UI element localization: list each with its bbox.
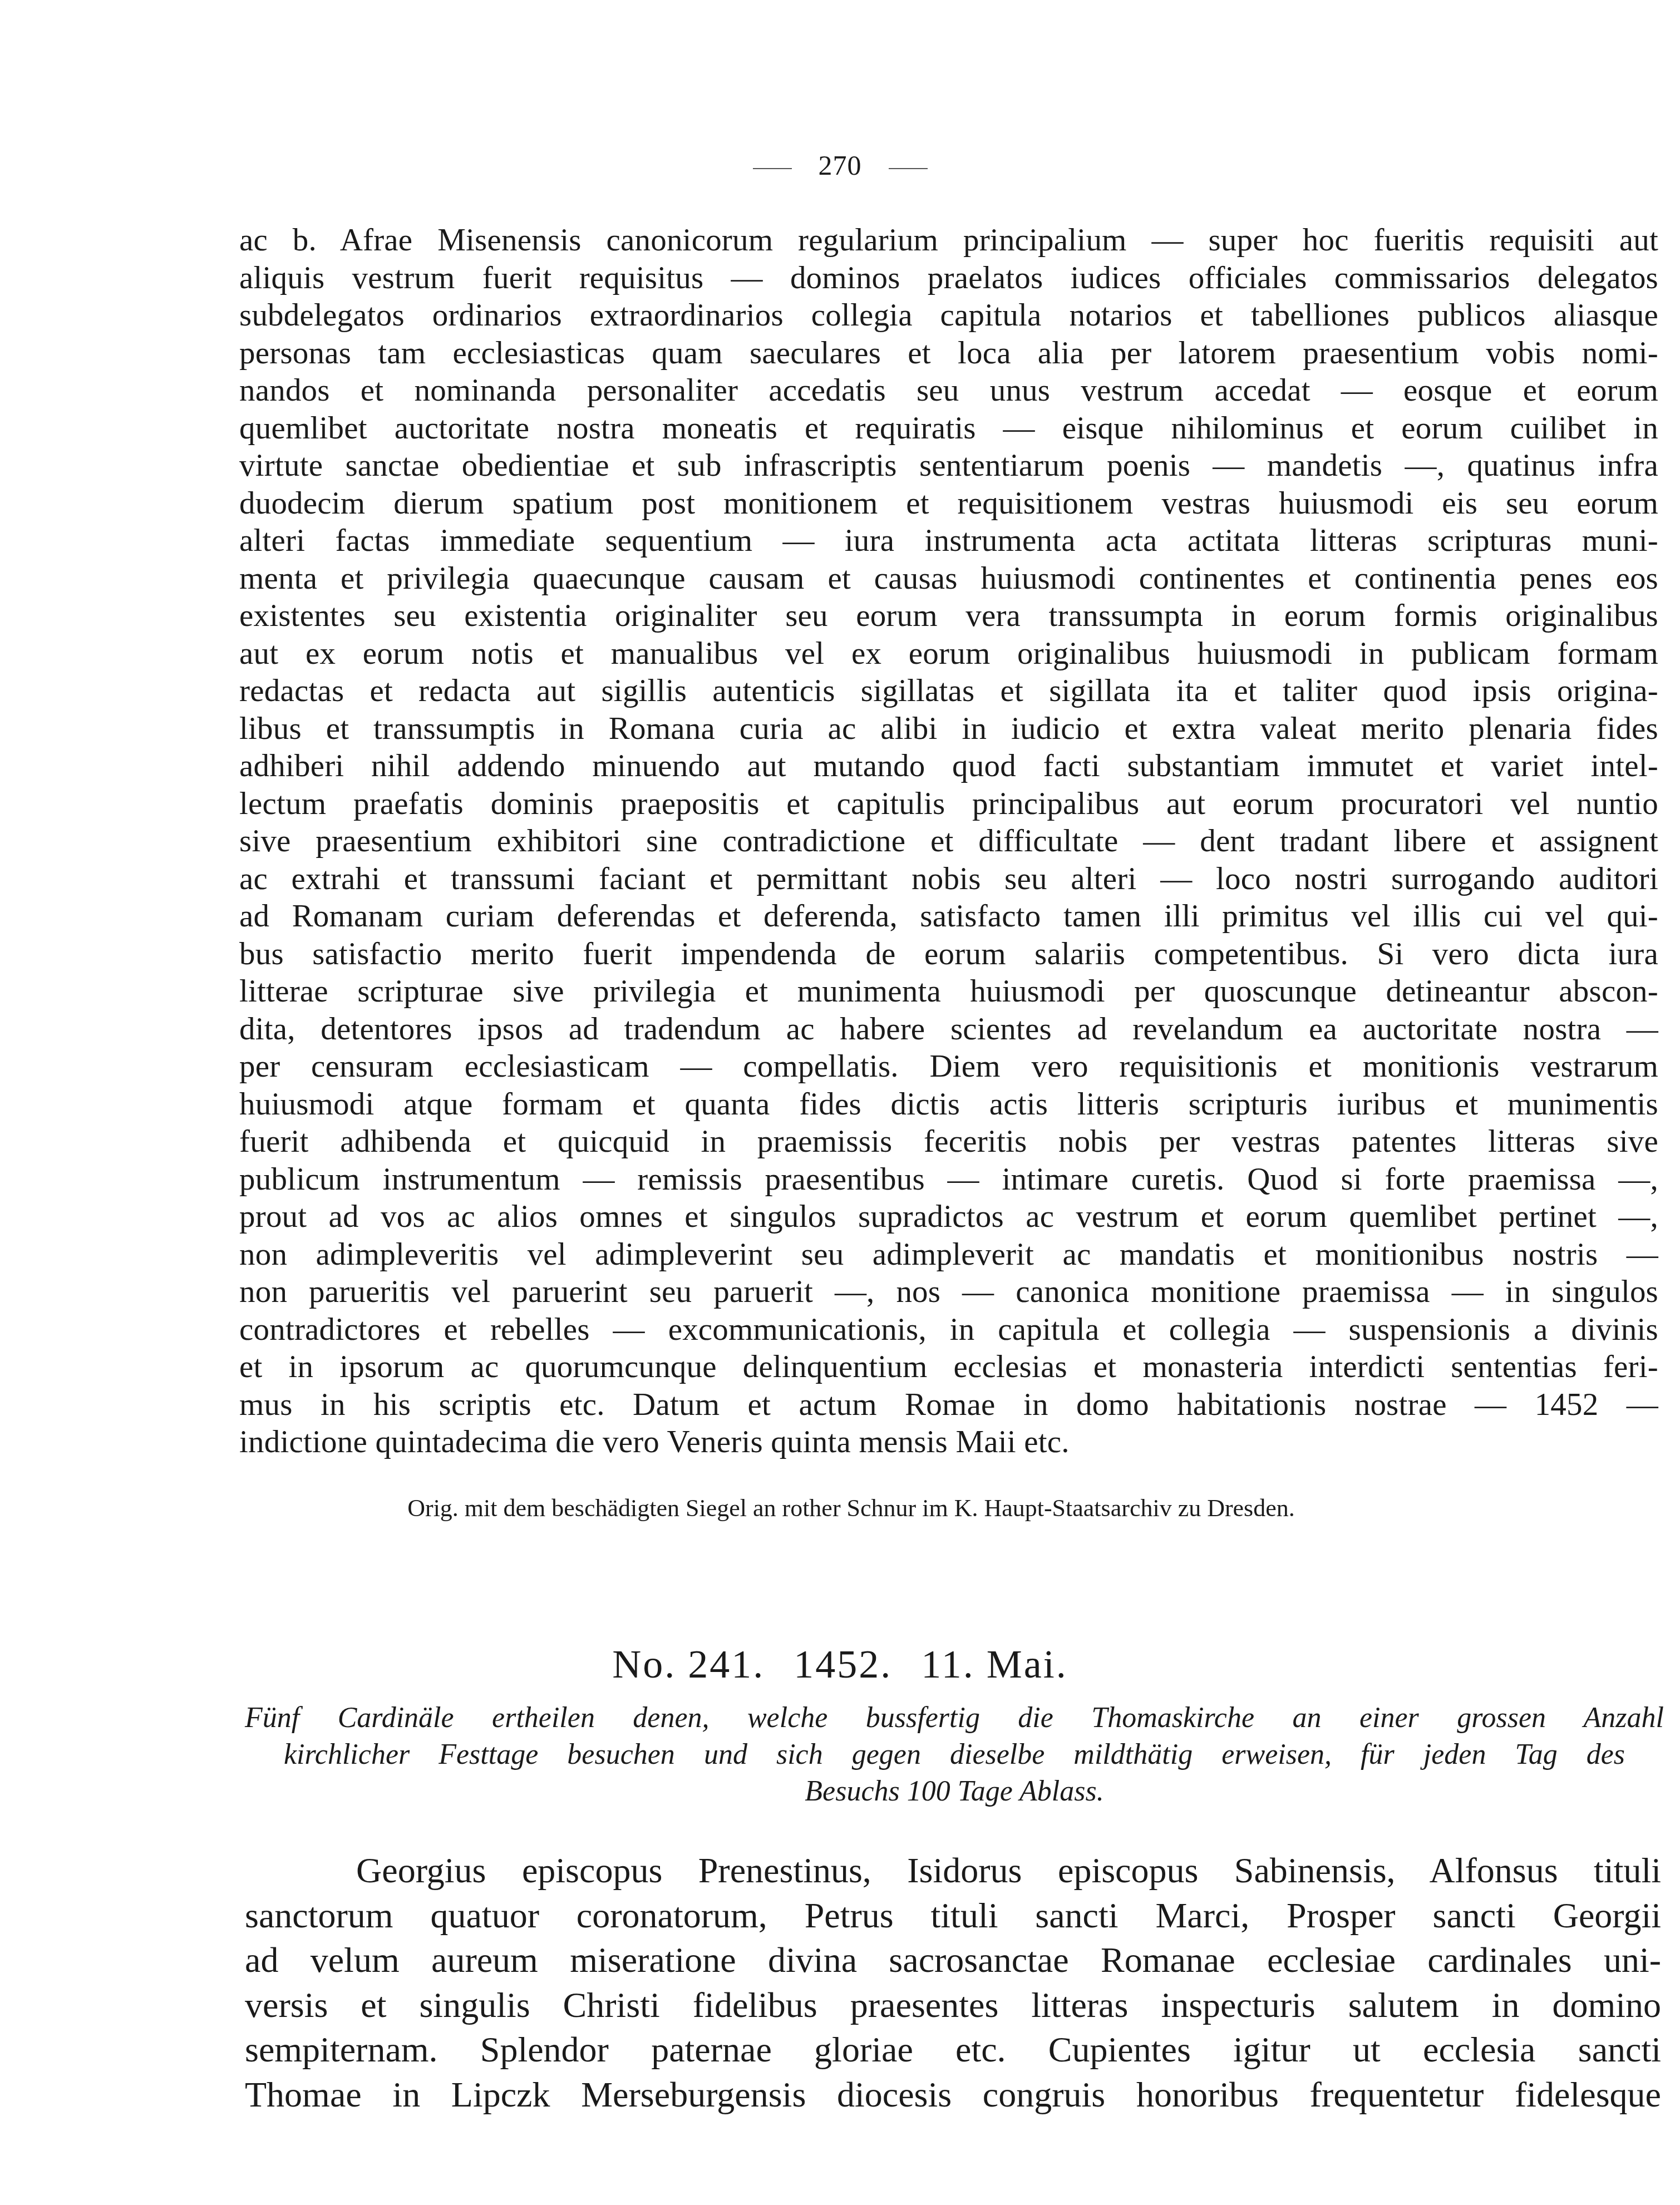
- text-line: ad Romanam curiam deferendas et deferend…: [239, 897, 1658, 935]
- text-line: menta et privilegia quaecunque causam et…: [239, 560, 1658, 598]
- text-line: prout ad vos ac alios omnes et singulos …: [239, 1198, 1658, 1236]
- text-line: existentes seu existentia originaliter s…: [239, 597, 1658, 635]
- body-line: Thomae in Lipczk Merseburgensis diocesis…: [245, 2073, 1661, 2118]
- body-line: Georgius episcopus Prenestinus, Isidorus…: [245, 1848, 1661, 1893]
- document-number: No. 241.: [612, 1642, 765, 1686]
- text-line: sive praesentium exhibitori sine contrad…: [239, 822, 1658, 860]
- document-body: Georgius episcopus Prenestinus, Isidorus…: [245, 1848, 1661, 2117]
- text-line: indictione quintadecima die vero Veneris…: [239, 1423, 1658, 1461]
- text-line: duodecim dierum spatium post monitionem …: [239, 485, 1658, 522]
- text-line: publicum instrumentum — remissis praesen…: [239, 1161, 1658, 1198]
- text-line: contradictores et rebelles — excommunica…: [239, 1311, 1658, 1349]
- body-line: sanctorum quatuor coronatorum, Petrus ti…: [245, 1893, 1661, 1938]
- text-line: libus et transsumptis in Romana curia ac…: [239, 710, 1658, 748]
- text-line: lectum praefatis dominis praepositis et …: [239, 785, 1658, 823]
- text-line: ac b. Afrae Misenensis canonicorum regul…: [239, 221, 1658, 259]
- text-line: aut ex eorum notis et manualibus vel ex …: [239, 635, 1658, 673]
- document-year: 1452.: [794, 1642, 892, 1686]
- text-line: dita, detentores ipsos ad tradendum ac h…: [239, 1010, 1658, 1048]
- text-line: et in ipsorum ac quorumcunque delinquent…: [239, 1348, 1658, 1386]
- page-number: 270: [819, 150, 862, 181]
- text-line: quemlibet auctoritate nostra moneatis et…: [239, 410, 1658, 447]
- text-line: bus satisfactio merito fuerit impendenda…: [239, 935, 1658, 973]
- text-line: huiusmodi atque formam et quanta fides d…: [239, 1086, 1658, 1123]
- text-line: alteri factas immediate sequentium — iur…: [239, 522, 1658, 560]
- document-summary: Fünf Cardinäle ertheilen denen, welche b…: [245, 1700, 1664, 1810]
- text-line: litterae scripturae sive privilegia et m…: [239, 973, 1658, 1010]
- text-line: ac extrahi et transsumi faciant et permi…: [239, 860, 1658, 898]
- text-line: redactas et redacta aut sigillis autenti…: [239, 672, 1658, 710]
- document-page: 270 ac b. Afrae Misenensis canonicorum r…: [0, 0, 1680, 2205]
- text-line: fuerit adhibenda et quicquid in praemiss…: [239, 1123, 1658, 1161]
- document-date: 11. Mai.: [921, 1642, 1067, 1686]
- body-line: versis et singulis Christi fidelibus pra…: [245, 1983, 1661, 2028]
- text-line: subdelegatos ordinarios extraordinarios …: [239, 297, 1658, 334]
- summary-line: Fünf Cardinäle ertheilen denen, welche b…: [245, 1700, 1664, 1737]
- header-rule-right: [889, 168, 928, 169]
- text-line: non parueritis vel paruerint seu parueri…: [239, 1273, 1658, 1311]
- text-line: nandos et nominanda personaliter accedat…: [239, 372, 1658, 410]
- summary-line: Besuchs 100 Tage Ablass.: [245, 1773, 1664, 1810]
- page-header: 270: [0, 149, 1680, 181]
- text-line: adhiberi nihil addendo minuendo aut muta…: [239, 747, 1658, 785]
- document-heading: No. 241.1452.11. Mai.: [0, 1641, 1680, 1688]
- header-rule-left: [753, 168, 792, 169]
- source-note: Orig. mit dem beschädigten Siegel an rot…: [0, 1494, 1680, 1522]
- body-line: sempiternam. Splendor paternae gloriae e…: [245, 2028, 1661, 2073]
- continued-document-text: ac b. Afrae Misenensis canonicorum regul…: [239, 221, 1658, 1461]
- text-line: per censuram ecclesiasticam — compellati…: [239, 1048, 1658, 1086]
- text-line: personas tam ecclesiasticas quam saecula…: [239, 334, 1658, 372]
- text-line: aliquis vestrum fuerit requisitus — domi…: [239, 259, 1658, 297]
- body-line: ad velum aureum miseratione divina sacro…: [245, 1938, 1661, 1983]
- text-line: non adimpleveritis vel adimpleverint seu…: [239, 1236, 1658, 1274]
- summary-line: kirchlicher Festtage besuchen und sich g…: [245, 1737, 1664, 1773]
- text-line: virtute sanctae obedientiae et sub infra…: [239, 447, 1658, 485]
- text-line: mus in his scriptis etc. Datum et actum …: [239, 1386, 1658, 1424]
